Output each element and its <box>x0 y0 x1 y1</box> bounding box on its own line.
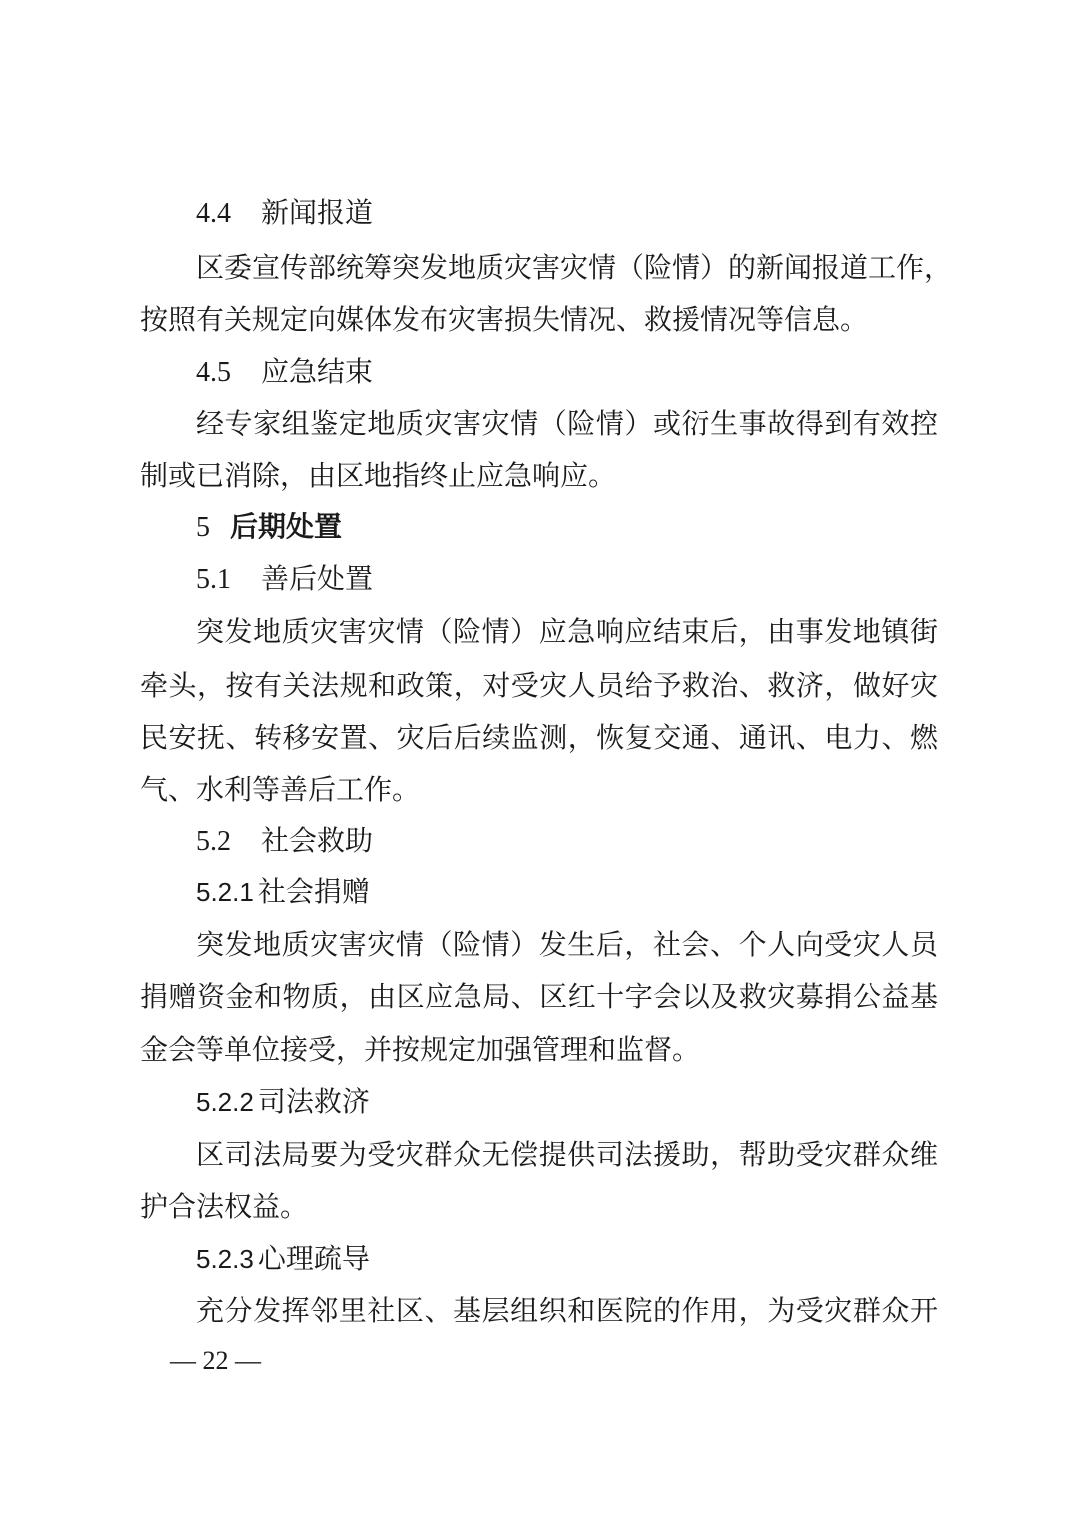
subsection-number: 5.2.3 <box>196 1244 254 1274</box>
paragraph-line: 金会等单位接受，并按规定加强管理和监督。 <box>140 1032 700 1068</box>
subsection-title: 司法救济 <box>258 1085 370 1118</box>
paragraph-line: 突发地质灾害灾情（险情）发生后，社会、个人向受灾人员 <box>196 927 938 963</box>
paragraph-line: 捐赠资金和物质，由区应急局、区红十字会以及救灾募捐公益基 <box>140 979 938 1015</box>
page-number: — 22 — <box>170 1343 261 1379</box>
subsection-heading-5-2-2: 5.2.2司法救济 <box>196 1084 370 1120</box>
paragraph-line: 制或已消除，由区地指终止应急响应。 <box>140 458 616 494</box>
subsection-number: 5.2.1 <box>196 877 254 907</box>
paragraph-line: 气、水利等善后工作。 <box>140 772 420 808</box>
chapter-title: 后期处置 <box>230 510 342 543</box>
subsection-title: 社会捐赠 <box>258 875 370 908</box>
section-title: 新闻报道 <box>261 196 373 229</box>
section-title: 社会救助 <box>261 824 373 857</box>
subsection-heading-5-2-3: 5.2.3心理疏导 <box>196 1241 370 1277</box>
paragraph-line: 按照有关规定向媒体发布灾害损失情况、救援情况等信息。 <box>140 302 868 338</box>
section-number: 5.2 <box>196 826 231 857</box>
section-heading-4-5: 4.5应急结束 <box>196 354 373 390</box>
section-title: 善后处置 <box>261 562 373 595</box>
chapter-heading-5: 5后期处置 <box>196 509 342 545</box>
paragraph-line: 牵头，按有关法规和政策，对受灾人员给予救治、救济，做好灾 <box>140 668 938 704</box>
paragraph-line: 区委宣传部统筹突发地质灾害灾情（险情）的新闻报道工作， <box>196 250 938 286</box>
chapter-number: 5 <box>196 512 210 543</box>
paragraph-line: 区司法局要为受灾群众无偿提供司法援助，帮助受灾群众维 <box>196 1137 938 1173</box>
section-number: 4.5 <box>196 357 231 388</box>
paragraph-line: 民安抚、转移安置、灾后后续监测，恢复交通、通讯、电力、燃 <box>140 720 938 756</box>
section-title: 应急结束 <box>261 355 373 388</box>
section-heading-5-1: 5.1善后处置 <box>196 561 373 597</box>
paragraph-line: 护合法权益。 <box>140 1189 308 1225</box>
section-number: 5.1 <box>196 564 231 595</box>
section-heading-5-2: 5.2社会救助 <box>196 823 373 859</box>
section-heading-4-4: 4.4新闻报道 <box>196 195 373 231</box>
subsection-heading-5-2-1: 5.2.1社会捐赠 <box>196 874 370 910</box>
paragraph-line: 充分发挥邻里社区、基层组织和医院的作用，为受灾群众开 <box>196 1293 938 1329</box>
paragraph-line: 经专家组鉴定地质灾害灾情（险情）或衍生事故得到有效控 <box>196 406 938 442</box>
subsection-title: 心理疏导 <box>258 1242 370 1275</box>
subsection-number: 5.2.2 <box>196 1087 254 1117</box>
document-page: 4.4新闻报道 区委宣传部统筹突发地质灾害灾情（险情）的新闻报道工作， 按照有关… <box>0 0 1074 1520</box>
paragraph-line: 突发地质灾害灾情（险情）应急响应结束后，由事发地镇街 <box>196 614 938 650</box>
section-number: 4.4 <box>196 198 231 229</box>
